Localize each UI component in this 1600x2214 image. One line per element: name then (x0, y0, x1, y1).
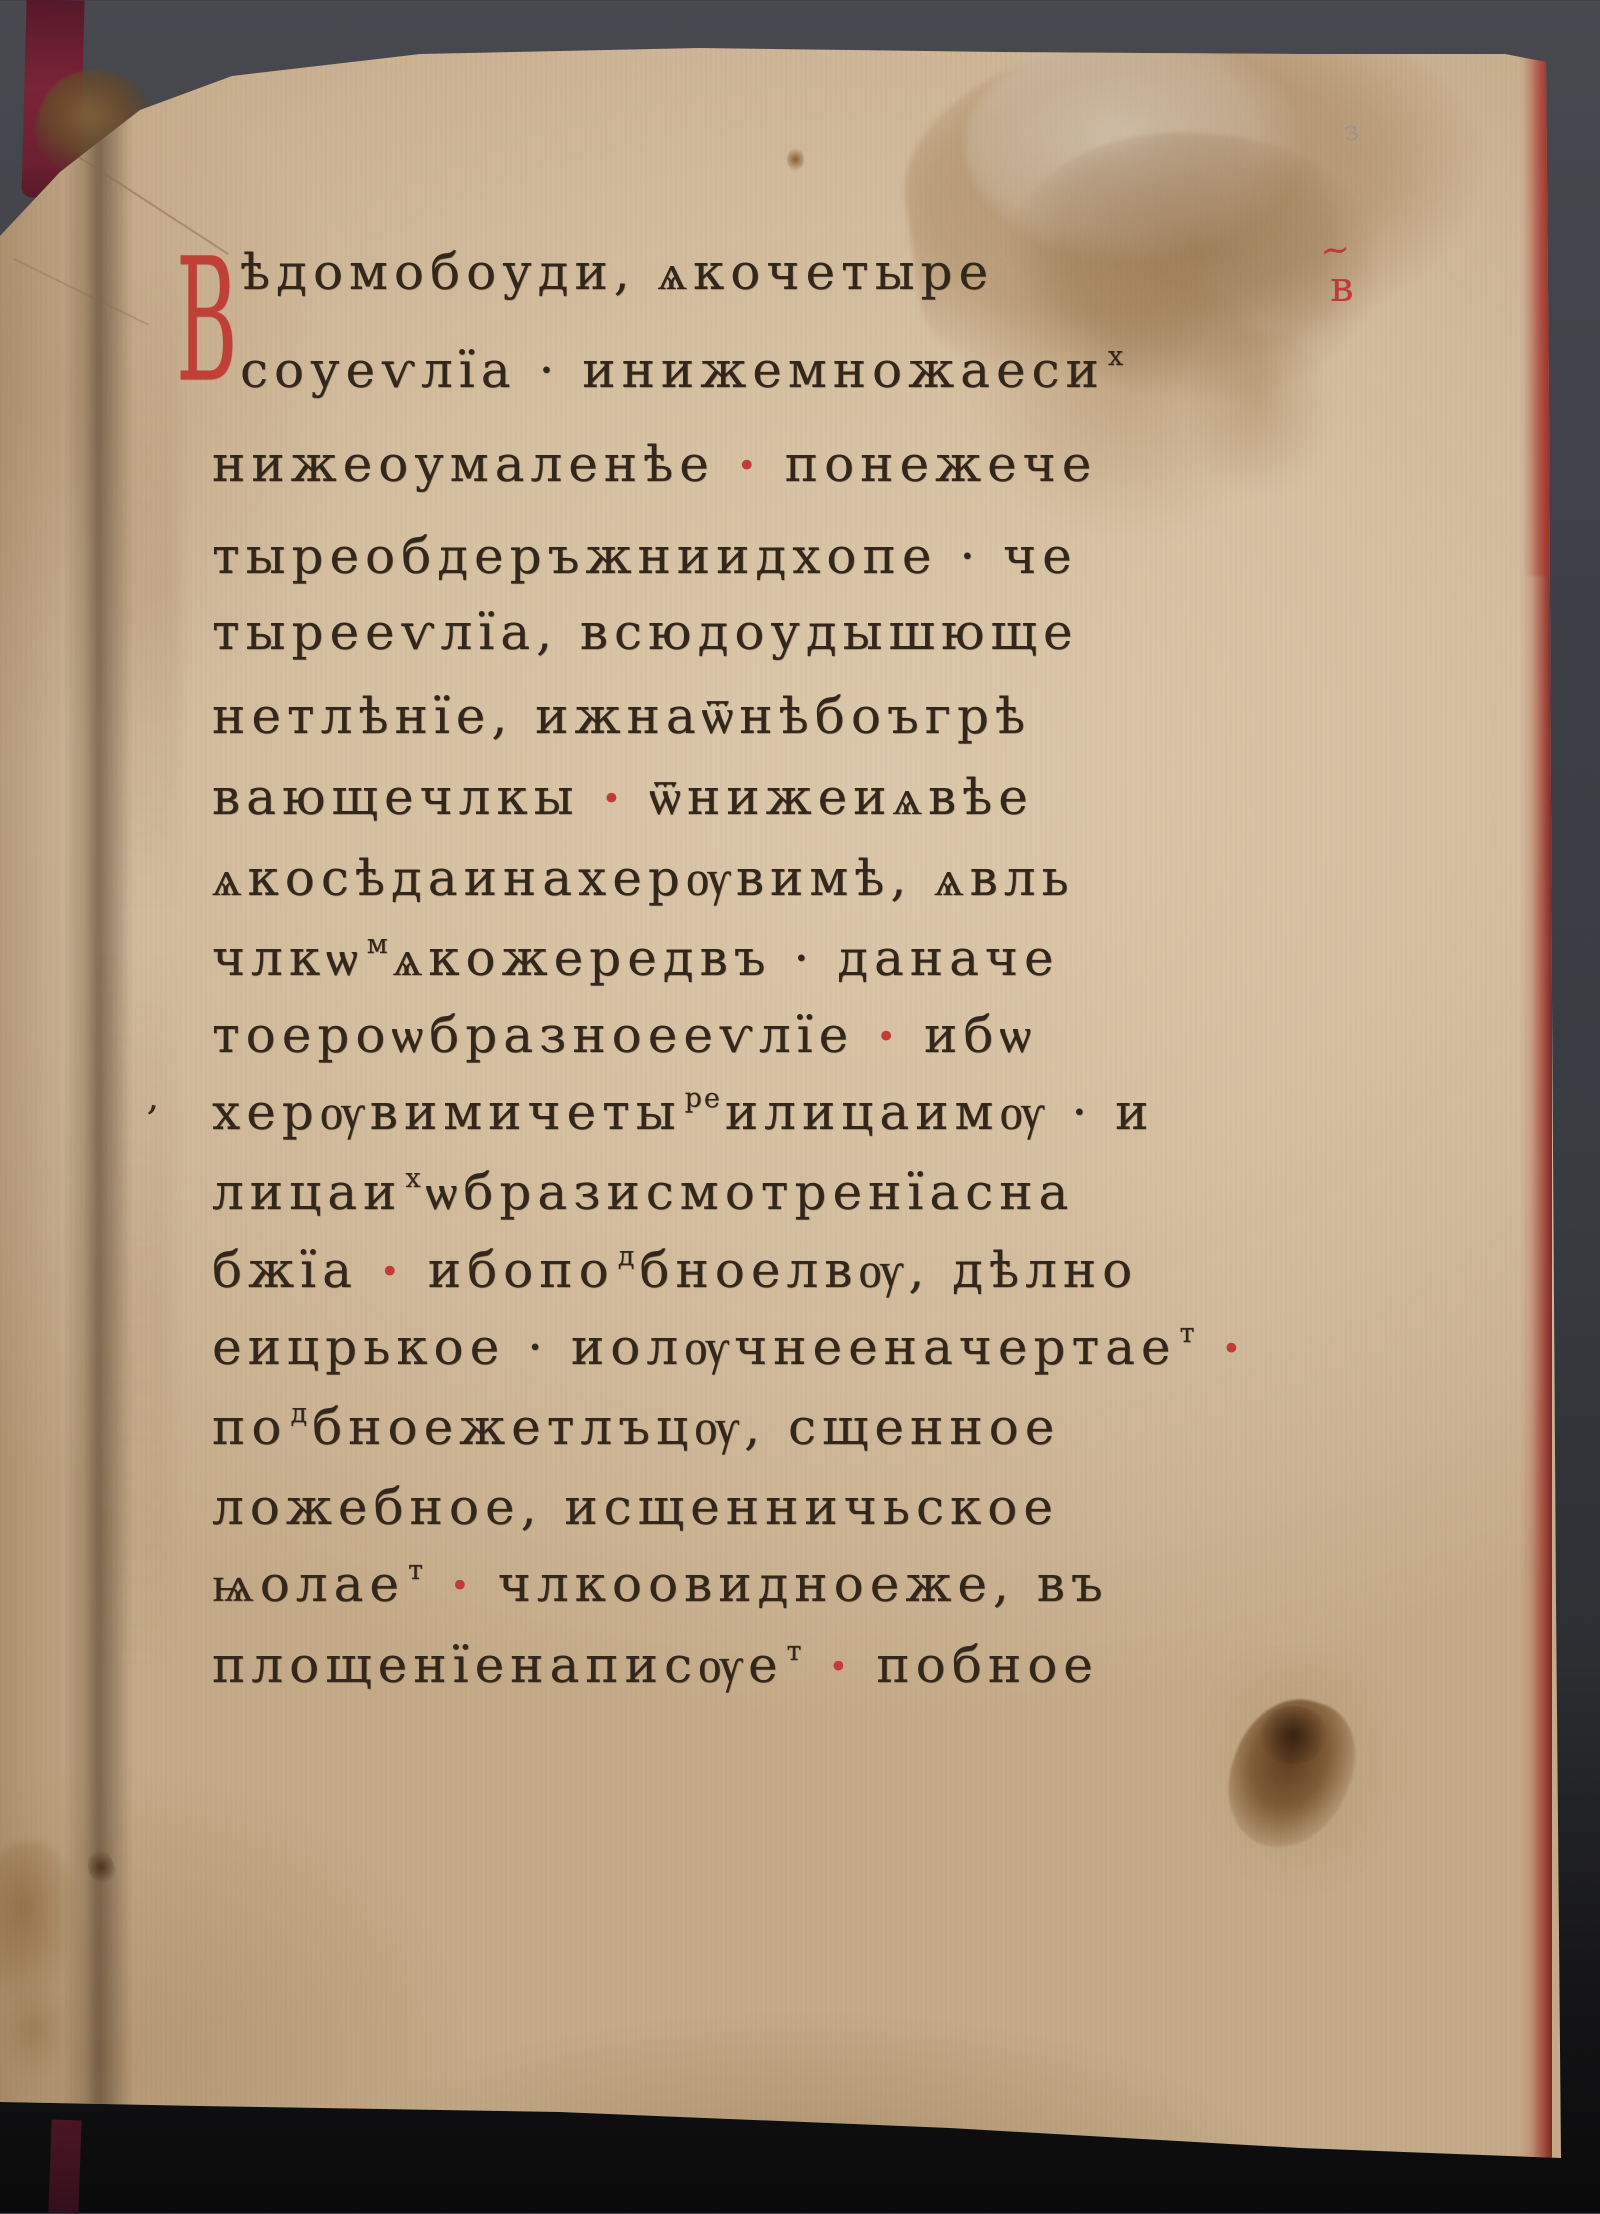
superscript-letter: д (618, 1241, 637, 1272)
superscript-letter: т (408, 1555, 425, 1586)
text-segment: ѧкожередвъ · даначе (393, 929, 1060, 987)
manuscript-line: ѣдомобоуди, ѧкочетыре (240, 243, 994, 301)
text-segment: ложебное, исщенничьское (212, 1478, 1059, 1536)
manuscript-line: херѹвимичетыреилицаимѹ · и (212, 1083, 1154, 1141)
text-segment: ѿнижеиѧвѣе (627, 768, 1034, 826)
text-segment: тырееѵлїа, всюдоудышюще (212, 603, 1079, 661)
text-segment: члкоовидноеже, въ (476, 1555, 1109, 1613)
superscript-letter: т (787, 1636, 804, 1667)
drop-cap-initial: В (176, 236, 237, 406)
manuscript-scan: ѣдомобоуди, ѧкочетыресоуеѵлїа · инижемно… (0, 0, 1600, 2213)
manuscript-line: ѩолает • члкоовидноеже, въ (212, 1555, 1109, 1613)
red-punctuation-dot: • (601, 779, 627, 819)
text-segment: тоероѡбразноееѵлїе (212, 1006, 876, 1064)
text-segment: бноежетлъцѹ, сщенное (312, 1398, 1060, 1456)
text-segment: соуеѵлїа · инижемножаеси (240, 341, 1105, 399)
manuscript-line: ѧкосѣдаинахерѹвимѣ, ѧвль (212, 849, 1075, 907)
text-segment: ибѡ (902, 1006, 1037, 1064)
manuscript-line: еицрькое · иолѹчнееначертает • (212, 1318, 1247, 1376)
red-punctuation-dot: • (737, 446, 763, 486)
text-segment: ѧкосѣдаинахерѹвимѣ, ѧвль (212, 849, 1075, 907)
text-block: ѣдомобоуди, ѧкочетыресоуеѵлїа · инижемно… (0, 0, 1600, 2213)
red-punctuation-dot: • (1221, 1329, 1247, 1369)
text-segment: по (212, 1398, 287, 1456)
manuscript-line: соуеѵлїа · инижемножаесих (240, 341, 1128, 399)
text-segment (806, 1636, 828, 1694)
manuscript-line: тыреобдеръжниидхопе · че (212, 527, 1078, 585)
manuscript-line: нетлѣнїе, ижнаѿнѣбоъгрѣ (212, 687, 1031, 745)
text-segment (1199, 1318, 1221, 1376)
manuscript-line: подбноежетлъцѹ, сщенное (212, 1398, 1060, 1456)
text-segment: ибопо (406, 1241, 615, 1299)
manuscript-line: члкѡмѧкожередвъ · даначе (212, 929, 1060, 987)
text-segment: нетлѣнїе, ижнаѿнѣбоъгрѣ (212, 687, 1031, 745)
text-segment: лицаи (212, 1163, 402, 1221)
text-segment: члкѡ (212, 929, 364, 987)
spine-tailband-red (48, 2120, 81, 2213)
manuscript-line: бжїа • ибоподбноелвѹ, дѣлно (212, 1241, 1138, 1299)
superscript-letter: т (1180, 1318, 1197, 1349)
text-segment: площенїенаписѹе (212, 1636, 784, 1694)
red-punctuation-dot: • (450, 1566, 476, 1606)
superscript-letter: м (367, 929, 390, 960)
text-segment: тыреобдеръжниидхопе · че (212, 527, 1078, 585)
superscript-letter: ре (685, 1083, 722, 1114)
text-segment (428, 1555, 450, 1613)
folio-number: в (1330, 262, 1354, 311)
red-punctuation-dot: • (828, 1647, 854, 1687)
text-segment: бжїа (212, 1241, 380, 1299)
text-segment: бноелвѹ, дѣлно (639, 1241, 1138, 1299)
text-segment: побное (854, 1636, 1098, 1694)
text-segment: илицаимѹ · и (725, 1083, 1155, 1141)
text-segment: еицрькое · иолѹчнееначертае (212, 1318, 1177, 1376)
superscript-letter: х (1108, 341, 1125, 372)
manuscript-line: ложебное, исщенничьское (212, 1478, 1059, 1536)
text-segment: ѩолае (212, 1555, 405, 1613)
text-segment: ѣдомобоуди, ѧкочетыре (240, 243, 994, 301)
superscript-letter: х (405, 1163, 422, 1194)
manuscript-line: вающечлкы • ѿнижеиѧвѣе (212, 768, 1034, 826)
text-segment: херѹвимичеты (212, 1083, 682, 1141)
manuscript-line: тоероѡбразноееѵлїе • ибѡ (212, 1006, 1037, 1064)
text-segment: понежече (763, 435, 1097, 493)
text-segment: вающечлкы (212, 768, 601, 826)
text-segment: нижеоумаленѣе (212, 435, 737, 493)
manuscript-line: нижеоумаленѣе • понежече (212, 435, 1097, 493)
red-punctuation-dot: • (380, 1252, 406, 1292)
superscript-letter: д (290, 1398, 309, 1429)
manuscript-page: ѣдомобоуди, ѧкочетыресоуеѵлїа · инижемно… (0, 0, 1600, 2213)
text-segment: ѡбразисмотренїасна (426, 1163, 1075, 1221)
red-punctuation-dot: • (876, 1017, 902, 1057)
manuscript-line: тырееѵлїа, всюдоудышюще (212, 603, 1079, 661)
manuscript-line: площенїенаписѹет • побное (212, 1636, 1099, 1694)
manuscript-line: лицаихѡбразисмотренїасна (212, 1163, 1074, 1221)
